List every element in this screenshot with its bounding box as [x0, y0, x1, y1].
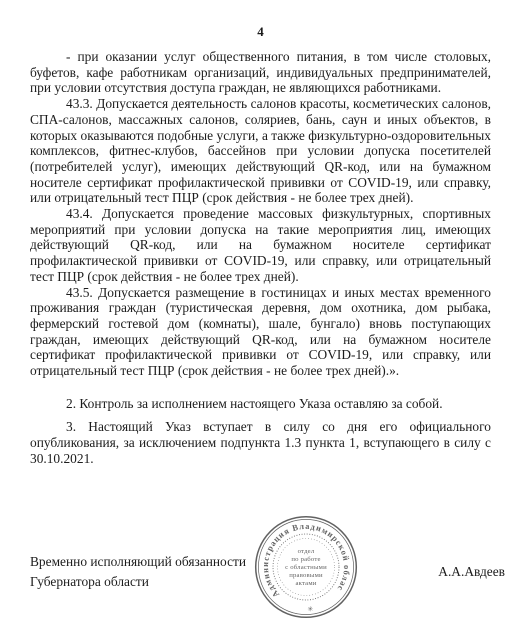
page-number: 4 — [30, 24, 491, 40]
stamp-seal-graphic: Администрация Владимирской области ✳ отд… — [253, 514, 359, 620]
paragraph-43-3-beauty-salons: 43.3. Допускается деятельность салонов к… — [30, 96, 491, 206]
stamp-center-line-4: правовыми — [289, 572, 323, 579]
stamp-center-text-group: отдел по работе с областными правовыми а… — [285, 548, 327, 587]
paragraph-catering-services: - при оказании услуг общественного питан… — [30, 49, 491, 96]
paragraph-43-5-hotels: 43.5. Допускается размещение в гостиница… — [30, 285, 491, 379]
stamp-center-line-2: по работе — [291, 556, 320, 563]
stamp-center-line-3: с областными — [285, 564, 327, 571]
signatory-position-line1: Временно исполняющий обязанности — [30, 552, 246, 572]
stamp-center-line-5: актами — [295, 580, 316, 587]
paragraph-2-control: 2. Контроль за исполнением настоящего Ук… — [30, 396, 491, 412]
signatory-position: Временно исполняющий обязанности Губерна… — [30, 552, 246, 591]
paragraph-43-4-sports-events: 43.4. Допускается проведение массовых фи… — [30, 206, 491, 285]
official-stamp: Администрация Владимирской области ✳ отд… — [253, 514, 359, 620]
stamp-star-separator: ✳ — [307, 605, 314, 614]
document-body: - при оказании услуг общественного питан… — [30, 49, 491, 467]
signatory-name: А.А.Авдеев — [438, 564, 505, 580]
paragraph-3-entry-into-force: 3. Настоящий Указ вступает в силу со дня… — [30, 419, 491, 466]
signatory-position-line2: Губернатора области — [30, 572, 246, 592]
document-page: 4 - при оказании услуг общественного пит… — [0, 0, 526, 630]
stamp-center-line-1: отдел — [298, 548, 315, 555]
